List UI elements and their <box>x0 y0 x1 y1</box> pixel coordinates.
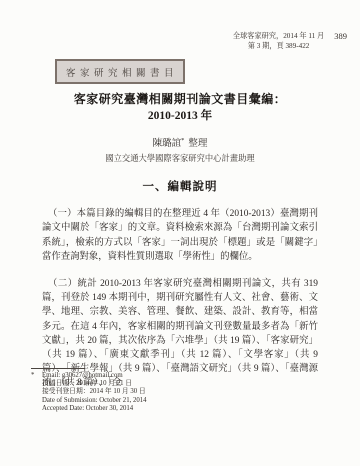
body-paragraph-1: （一）本篇目錄的編輯目的在整理近 4 年（2010-2013）臺灣期刊論文中關於… <box>42 207 318 264</box>
category-label: 客家研究相關書目 <box>66 69 178 79</box>
footnote-accepted-en: Accepted Date: October 30, 2014 <box>31 405 320 413</box>
footnote-block: * Email: g30627@hotmail.com 投稿日期：2014 年 … <box>31 368 320 413</box>
page-number: 389 <box>334 32 347 42</box>
author-line: 陳璐誼*整理 <box>0 135 360 150</box>
footnote-mark: * <box>31 372 42 380</box>
journal-citation-line2: 第 3 期，頁 389-422 <box>233 42 324 52</box>
journal-page: 全球客家研究，2014 年 11 月 第 3 期，頁 389-422 389 客… <box>0 0 360 466</box>
author-role: 整理 <box>188 139 207 149</box>
article-title-line1: 客家研究臺灣相關期刊論文書目彙編： <box>0 92 360 107</box>
author-affiliation: 國立交通大學國際客家研究中心計畫助理 <box>0 153 360 164</box>
running-header: 全球客家研究，2014 年 11 月 第 3 期，頁 389-422 389 <box>233 32 347 51</box>
category-label-box: 客家研究相關書目 <box>55 59 185 84</box>
author-footnote-mark: * <box>181 137 184 144</box>
footnote-email: Email: g30627@hotmail.com <box>42 372 320 380</box>
article-title-line2: 2010-2013 年 <box>0 110 360 123</box>
author-name: 陳璐誼 <box>153 139 182 149</box>
footnote-email-line: * Email: g30627@hotmail.com <box>31 372 320 380</box>
journal-citation: 全球客家研究，2014 年 11 月 第 3 期，頁 389-422 <box>233 32 324 51</box>
article-title: 客家研究臺灣相關期刊論文書目彙編： 2010-2013 年 <box>0 92 360 123</box>
footnote-divider <box>31 368 85 369</box>
journal-citation-line1: 全球客家研究，2014 年 11 月 <box>233 32 324 42</box>
section-heading: 一、編輯說明 <box>0 181 360 194</box>
footnote-accepted-zh: 接受刊登日期：2014 年 10 月 30 日 <box>31 388 320 396</box>
footnote-submission-en: Date of Submission: October 21, 2014 <box>31 397 320 405</box>
